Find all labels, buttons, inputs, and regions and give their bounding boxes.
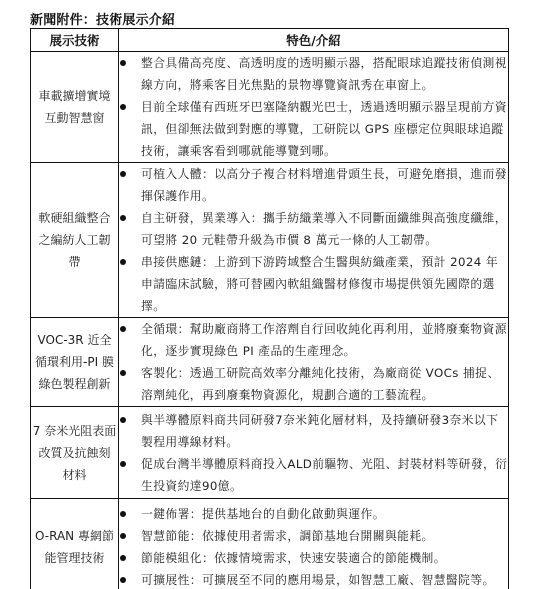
bullet-icon bbox=[120, 326, 126, 332]
feature-item: 促成台灣半導體原料商投入ALD前驅物、光阻、封裝材料等研發，衍生投資約達90億。 bbox=[119, 453, 508, 497]
table-row: VOC-3R 近全 循環利用-PI 膜 綠色製程創新 全循環：幫助廠商將工作溶劑… bbox=[31, 318, 509, 407]
technology-name-line: 軟硬組織整合 bbox=[31, 207, 118, 229]
header-features: 特色/介紹 bbox=[119, 29, 509, 52]
technology-name-line: 互動智慧窗 bbox=[31, 107, 118, 129]
technology-name-line: 之編紡人工韌 bbox=[31, 229, 118, 251]
technology-features: 整合具備高亮度、高透明度的透明顯示器，搭配眼球追蹤技術偵測視線方向，將乘客目光焦… bbox=[119, 52, 509, 163]
feature-item: 客製化：透過工研院高效率分離純化技術，為廠商從 VOCs 捕捉、溶劑純化，再到廢… bbox=[119, 362, 508, 406]
feature-item: 自主研發，異業導入：攜手紡織業導入不同斷面纖維與高強度纖維，可望將 20 元鞋帶… bbox=[119, 207, 508, 251]
feature-item: 一鍵佈署：提供基地台的自動化啟動與運作。 bbox=[119, 503, 508, 525]
bullet-icon bbox=[120, 511, 126, 517]
table-row: 7 奈米光阻表面 改質及抗蝕刻 材料 與半導體原料商共同研發7奈米鈍化層材料，及… bbox=[31, 407, 509, 499]
bullet-icon bbox=[120, 259, 126, 265]
technology-name: VOC-3R 近全 循環利用-PI 膜 綠色製程創新 bbox=[31, 318, 119, 407]
technology-features: 可植入人體：以高分子複合材料增進骨頭生長，可避免磨損，進而發揮保護作用。 自主研… bbox=[119, 163, 509, 318]
feature-item: 串接供應鏈：上游到下游跨域整合生醫與紡織產業，預計 2024 年申請臨床試驗，將… bbox=[119, 251, 508, 317]
bullet-icon bbox=[120, 215, 126, 221]
feature-item: 全循環：幫助廠商將工作溶劑自行回收純化再利用，並將廢棄物資源化，逐步實現綠色 P… bbox=[119, 318, 508, 362]
technology-features: 與半導體原料商共同研發7奈米鈍化層材料，及持續研發3奈米以下製程用導線材料。 促… bbox=[119, 407, 509, 499]
technology-name-line: 車載擴增實境 bbox=[31, 85, 118, 107]
bullet-icon bbox=[120, 461, 126, 467]
technology-features: 一鍵佈署：提供基地台的自動化啟動與運作。 智慧節能：依據使用者需求，調節基地台開… bbox=[119, 499, 509, 589]
technology-name-line: 帶 bbox=[31, 251, 118, 273]
technology-name-line: 能管理技術 bbox=[31, 547, 118, 569]
bullet-icon bbox=[120, 104, 126, 110]
table-row: O-RAN 專網節 能管理技術 一鍵佈署：提供基地台的自動化啟動與運作。 智慧節… bbox=[31, 499, 509, 589]
feature-item: 節能模組化：依據情境需求，快速安裝適合的節能機制。 bbox=[119, 547, 508, 569]
feature-text: 智慧節能：依據使用者需求，調節基地台開關與能耗。 bbox=[141, 529, 434, 543]
bullet-icon bbox=[120, 171, 126, 177]
feature-text: 可擴展性：可擴展至不同的應用場景，如智慧工廠、智慧醫院等。 bbox=[141, 573, 495, 587]
technology-name-line: 綠色製程創新 bbox=[31, 373, 118, 395]
tech-showcase-table: 展示技術 特色/介紹 車載擴增實境 互動智慧窗 整合具備高亮度、高透明度的透明顯… bbox=[30, 28, 509, 589]
feature-text: 整合具備高亮度、高透明度的透明顯示器，搭配眼球追蹤技術偵測視線方向，將乘客目光焦… bbox=[141, 56, 507, 92]
feature-text: 客製化：透過工研院高效率分離純化技術，為廠商從 VOCs 捕捉、溶劑純化，再到廢… bbox=[141, 366, 500, 402]
bullet-icon bbox=[120, 533, 126, 539]
technology-name: 軟硬組織整合 之編紡人工韌 帶 bbox=[31, 163, 119, 318]
table-header-row: 展示技術 特色/介紹 bbox=[31, 29, 509, 52]
technology-name-line: 循環利用-PI 膜 bbox=[31, 351, 118, 373]
bullet-icon bbox=[120, 60, 126, 66]
technology-name-line: 7 奈米光阻表面 bbox=[31, 420, 118, 442]
feature-text: 促成台灣半導體原料商投入ALD前驅物、光阻、封裝材料等研發，衍生投資約達90億。 bbox=[141, 457, 507, 493]
document-title: 新聞附件：技術展示介紹 bbox=[30, 9, 175, 28]
feature-text: 自主研發，異業導入：攜手紡織業導入不同斷面纖維與高強度纖維，可望將 20 元鞋帶… bbox=[141, 211, 507, 247]
table-row: 車載擴增實境 互動智慧窗 整合具備高亮度、高透明度的透明顯示器，搭配眼球追蹤技術… bbox=[31, 52, 509, 163]
technology-name: O-RAN 專網節 能管理技術 bbox=[31, 499, 119, 589]
feature-item: 與半導體原料商共同研發7奈米鈍化層材料，及持續研發3奈米以下製程用導線材料。 bbox=[119, 409, 508, 453]
feature-item: 可擴展性：可擴展至不同的應用場景，如智慧工廠、智慧醫院等。 bbox=[119, 569, 508, 589]
technology-name-line: O-RAN 專網節 bbox=[31, 525, 118, 547]
feature-item: 可植入人體：以高分子複合材料增進骨頭生長，可避免磨損，進而發揮保護作用。 bbox=[119, 163, 508, 207]
bullet-icon bbox=[120, 370, 126, 376]
feature-text: 節能模組化：依據情境需求，快速安裝適合的節能機制。 bbox=[141, 551, 446, 565]
technology-name-line: VOC-3R 近全 bbox=[31, 329, 118, 351]
technology-name-line: 材料 bbox=[31, 464, 118, 486]
feature-text: 串接供應鏈：上游到下游跨域整合生醫與紡織產業，預計 2024 年申請臨床試驗，將… bbox=[141, 255, 498, 313]
technology-features: 全循環：幫助廠商將工作溶劑自行回收純化再利用，並將廢棄物資源化，逐步實現綠色 P… bbox=[119, 318, 509, 407]
feature-item: 智慧節能：依據使用者需求，調節基地台開關與能耗。 bbox=[119, 525, 508, 547]
technology-name-line: 改質及抗蝕刻 bbox=[31, 442, 118, 464]
bullet-icon bbox=[120, 555, 126, 561]
bullet-icon bbox=[120, 577, 126, 583]
technology-name: 7 奈米光阻表面 改質及抗蝕刻 材料 bbox=[31, 407, 119, 499]
header-technology: 展示技術 bbox=[31, 29, 119, 52]
technology-name: 車載擴增實境 互動智慧窗 bbox=[31, 52, 119, 163]
feature-text: 與半導體原料商共同研發7奈米鈍化層材料，及持續研發3奈米以下製程用導線材料。 bbox=[141, 413, 498, 449]
feature-text: 目前全球僅有西班牙巴塞隆納觀光巴士，透過透明顯示器呈現前方資訊，但卻無法做到對應… bbox=[141, 100, 507, 158]
feature-item: 目前全球僅有西班牙巴塞隆納觀光巴士，透過透明顯示器呈現前方資訊，但卻無法做到對應… bbox=[119, 96, 508, 162]
bullet-icon bbox=[120, 417, 126, 423]
feature-text: 可植入人體：以高分子複合材料增進骨頭生長，可避免磨損，進而發揮保護作用。 bbox=[141, 167, 507, 203]
table-row: 軟硬組織整合 之編紡人工韌 帶 可植入人體：以高分子複合材料增進骨頭生長，可避免… bbox=[31, 163, 509, 318]
feature-text: 全循環：幫助廠商將工作溶劑自行回收純化再利用，並將廢棄物資源化，逐步實現綠色 P… bbox=[141, 322, 507, 358]
feature-item: 整合具備高亮度、高透明度的透明顯示器，搭配眼球追蹤技術偵測視線方向，將乘客目光焦… bbox=[119, 52, 508, 96]
feature-text: 一鍵佈署：提供基地台的自動化啟動與運作。 bbox=[141, 507, 385, 521]
